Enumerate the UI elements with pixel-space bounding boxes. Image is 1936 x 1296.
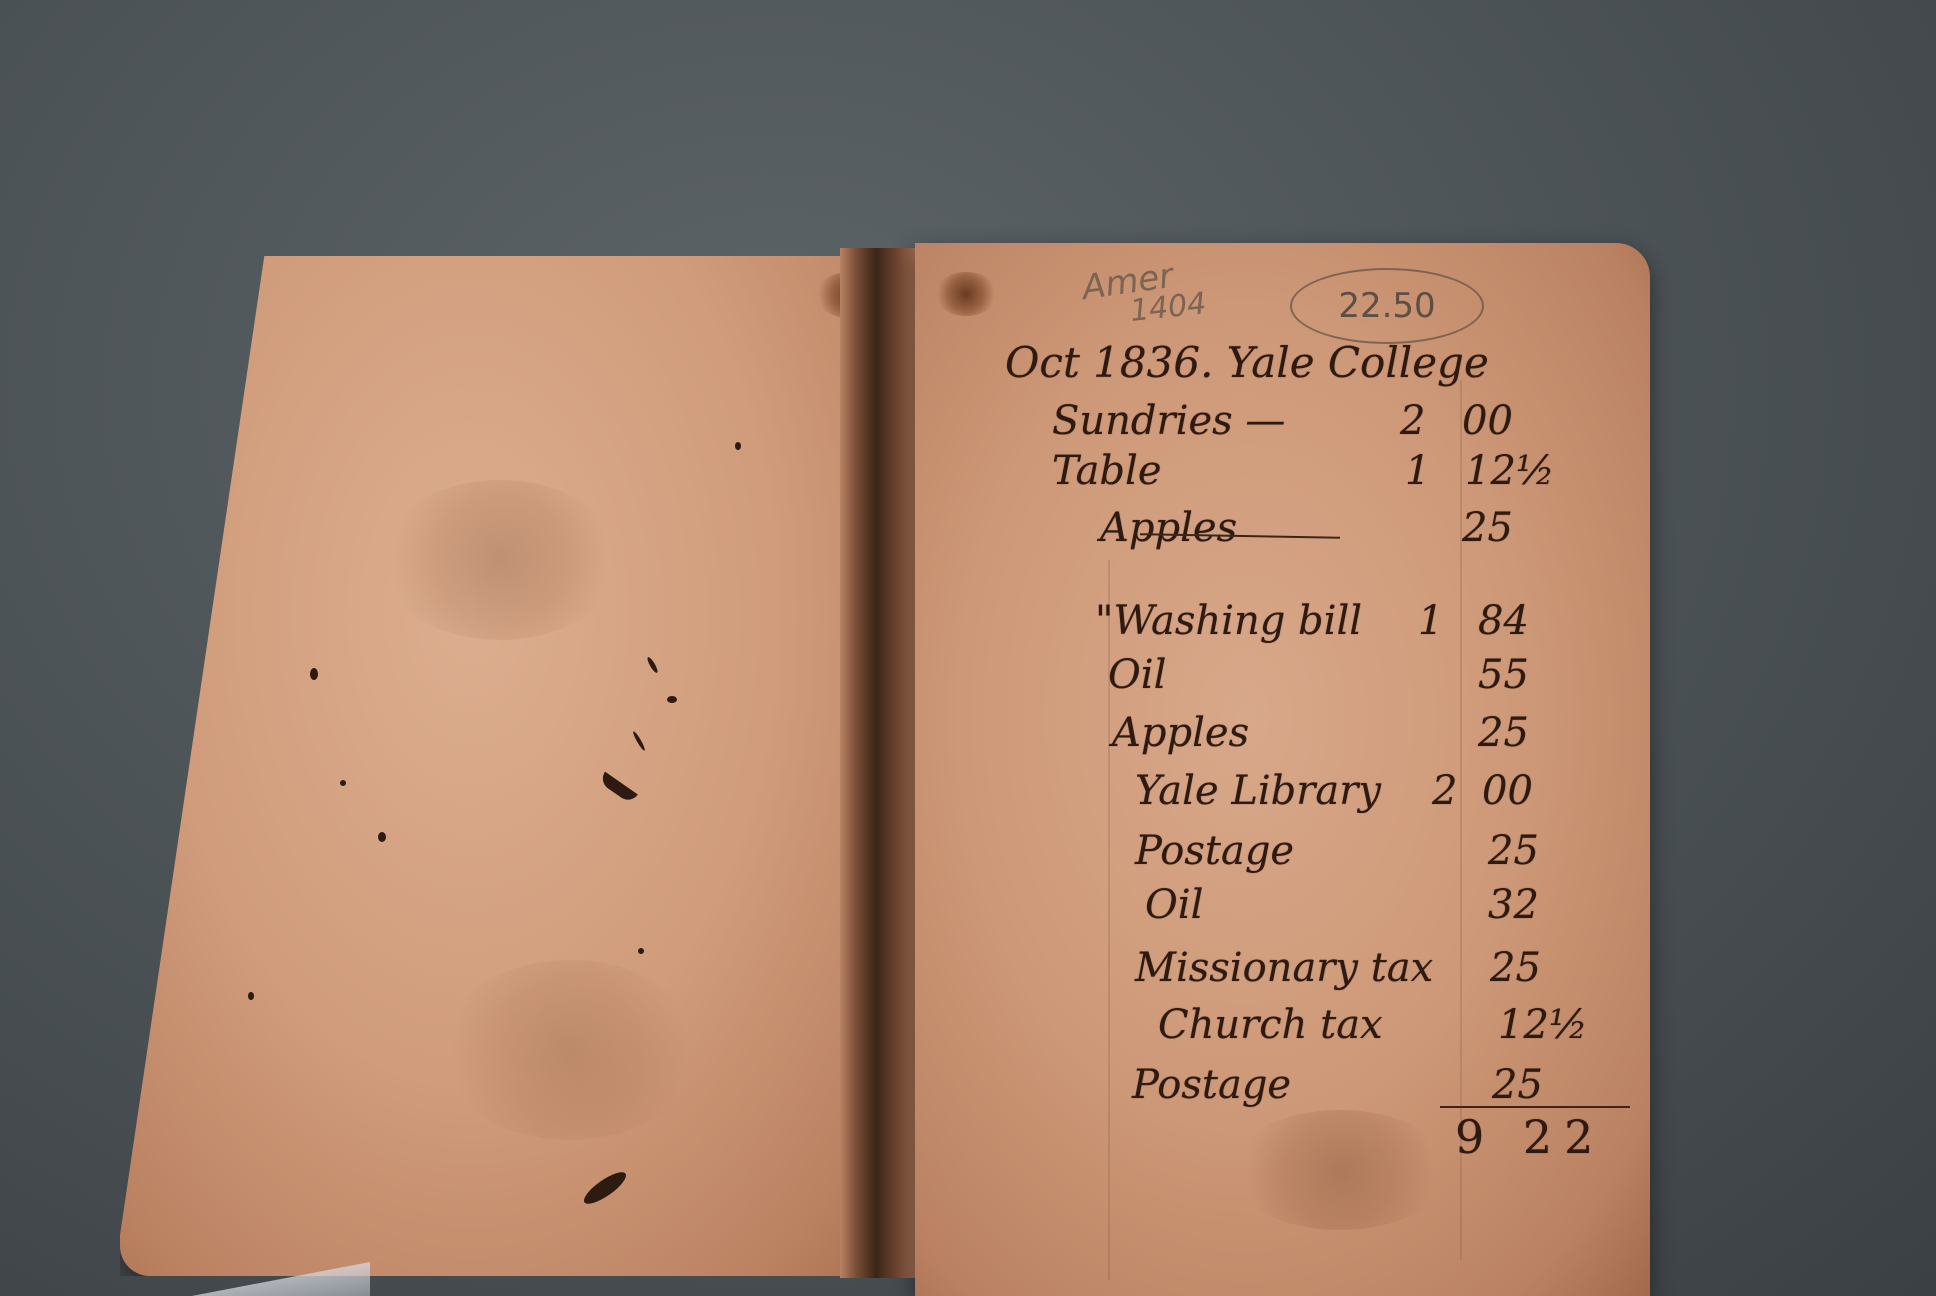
entry-dollars: 1: [1418, 598, 1443, 644]
photo-scene: Amer 1404 22.50 Oct 1836. Yale College S…: [0, 0, 1936, 1296]
entry-cents: 55: [1478, 652, 1529, 698]
ink-spot: [667, 696, 677, 703]
entry-label: Oil: [1108, 652, 1166, 698]
entry-label: Table: [1052, 448, 1162, 494]
entry-dollars: 2: [1400, 398, 1425, 444]
entry-label: Oil: [1145, 882, 1203, 928]
entry-cents: 32: [1488, 882, 1539, 928]
ink-spot: [310, 668, 318, 680]
ink-spot: [248, 992, 254, 1000]
ink-spot: [638, 948, 644, 954]
ledger-heading: Oct 1836. Yale College: [1005, 338, 1489, 387]
entry-cents: 25: [1462, 505, 1513, 551]
entry-cents: 25: [1488, 828, 1539, 874]
ink-spot: [378, 832, 386, 842]
stain: [935, 272, 997, 316]
entry-label: Yale Library: [1135, 768, 1381, 814]
price-value: 22.50: [1338, 286, 1435, 326]
ledger-total: 9 22: [1455, 1110, 1605, 1164]
entry-label: Postage: [1135, 828, 1294, 874]
ink-spot: [735, 442, 741, 450]
book-spine: [840, 248, 920, 1278]
entry-cents: 84: [1478, 598, 1529, 644]
entry-label: Sundries —: [1052, 398, 1285, 444]
entry-cents: 25: [1478, 710, 1529, 756]
entry-cents: 12½: [1498, 1002, 1588, 1048]
stain: [1230, 1110, 1450, 1230]
stain: [440, 960, 700, 1140]
entry-label: Missionary tax: [1135, 945, 1433, 991]
entry-cents: 12½: [1465, 448, 1555, 494]
entry-label: Apples: [1100, 505, 1237, 551]
entry-cents: 00: [1462, 398, 1513, 444]
entry-label: "Washing bill: [1095, 598, 1362, 644]
ink-spot: [340, 780, 346, 786]
total-rule: [1440, 1106, 1630, 1108]
entry-dollars: 2: [1432, 768, 1457, 814]
stain: [380, 480, 620, 640]
entry-label: Postage: [1132, 1062, 1291, 1108]
price-note: 22.50: [1290, 268, 1484, 344]
entry-cents: 25: [1492, 1062, 1543, 1108]
entry-label: Apples: [1112, 710, 1249, 756]
entry-label: Church tax: [1158, 1002, 1383, 1048]
entry-dollars: 1: [1405, 448, 1430, 494]
entry-cents: 25: [1490, 945, 1541, 991]
entry-cents: 00: [1482, 768, 1533, 814]
